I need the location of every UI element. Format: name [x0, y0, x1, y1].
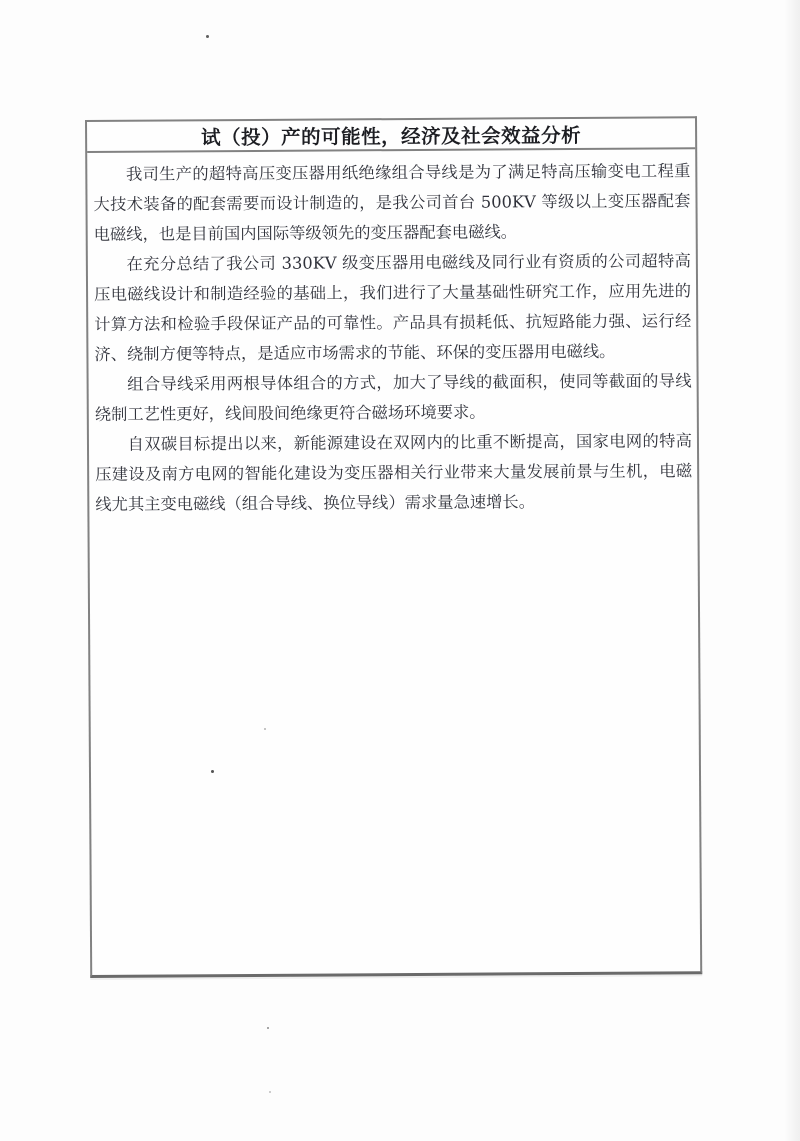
section-body: 我司生产的超特高压变压器用纸绝缘组合导线是为了满足特高压输变电工程重大技术装备的…: [87, 149, 697, 520]
scan-speck: [269, 1091, 271, 1093]
scan-edge-shade: [784, 0, 800, 1141]
scan-speck: [267, 1027, 269, 1029]
paragraph-1: 我司生产的超特高压变压器用纸绝缘组合导线是为了满足特高压输变电工程重大技术装备的…: [93, 156, 691, 250]
form-table: 试（投）产的可能性，经济及社会效益分析 我司生产的超特高压变压器用纸绝缘组合导线…: [85, 116, 702, 978]
scanned-page: 试（投）产的可能性，经济及社会效益分析 我司生产的超特高压变压器用纸绝缘组合导线…: [0, 0, 800, 1141]
paragraph-2: 在充分总结了我公司 330KV 级变压器用电磁线及同行业有资质的公司超特高压电磁…: [94, 246, 692, 370]
paragraph-4: 自双碳目标提出以来，新能源建设在双网内的比重不断提高，国家电网的特高压建设及南方…: [95, 426, 693, 520]
paragraph-3: 组合导线采用两根导体组合的方式，加大了导线的截面积，使同等截面的导线绕制工艺性更…: [95, 366, 692, 430]
scan-speck: [206, 35, 209, 38]
section-title: 试（投）产的可能性，经济及社会效益分析: [87, 118, 695, 153]
